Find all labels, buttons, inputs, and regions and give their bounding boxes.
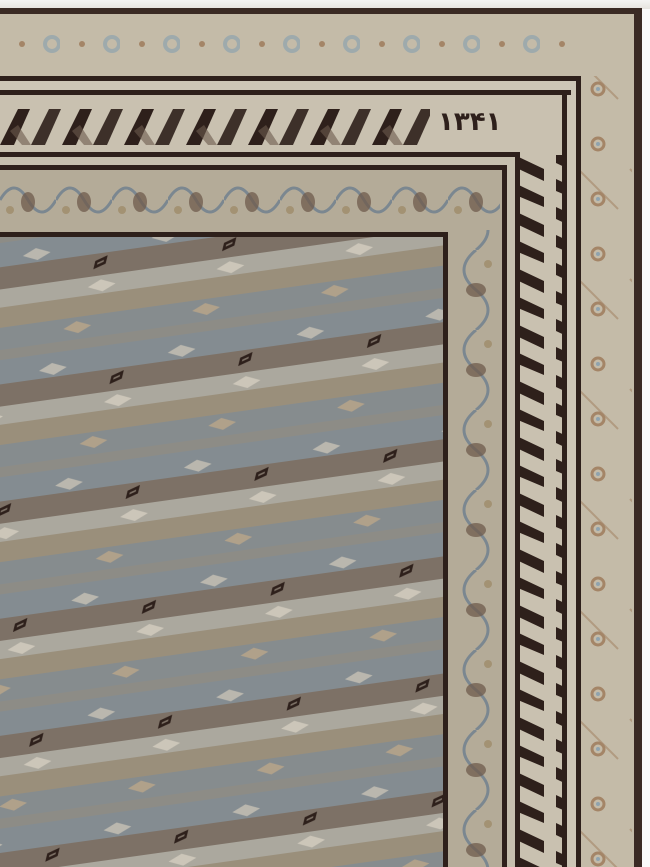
separator-band: [507, 157, 515, 867]
border-line: [515, 152, 520, 867]
field-lattice-pattern-icon: [0, 237, 443, 867]
border-line: [502, 165, 507, 867]
separator-band: [0, 81, 576, 90]
rug-photo: ١٣۴١: [0, 0, 650, 867]
separator-band: [567, 81, 576, 867]
date-inscription: ١٣۴١: [438, 107, 501, 137]
border-line: [562, 90, 567, 867]
border-line: [576, 76, 581, 867]
field-outline: [443, 232, 448, 867]
separator-band: [0, 157, 515, 165]
rug-field: [0, 237, 442, 867]
